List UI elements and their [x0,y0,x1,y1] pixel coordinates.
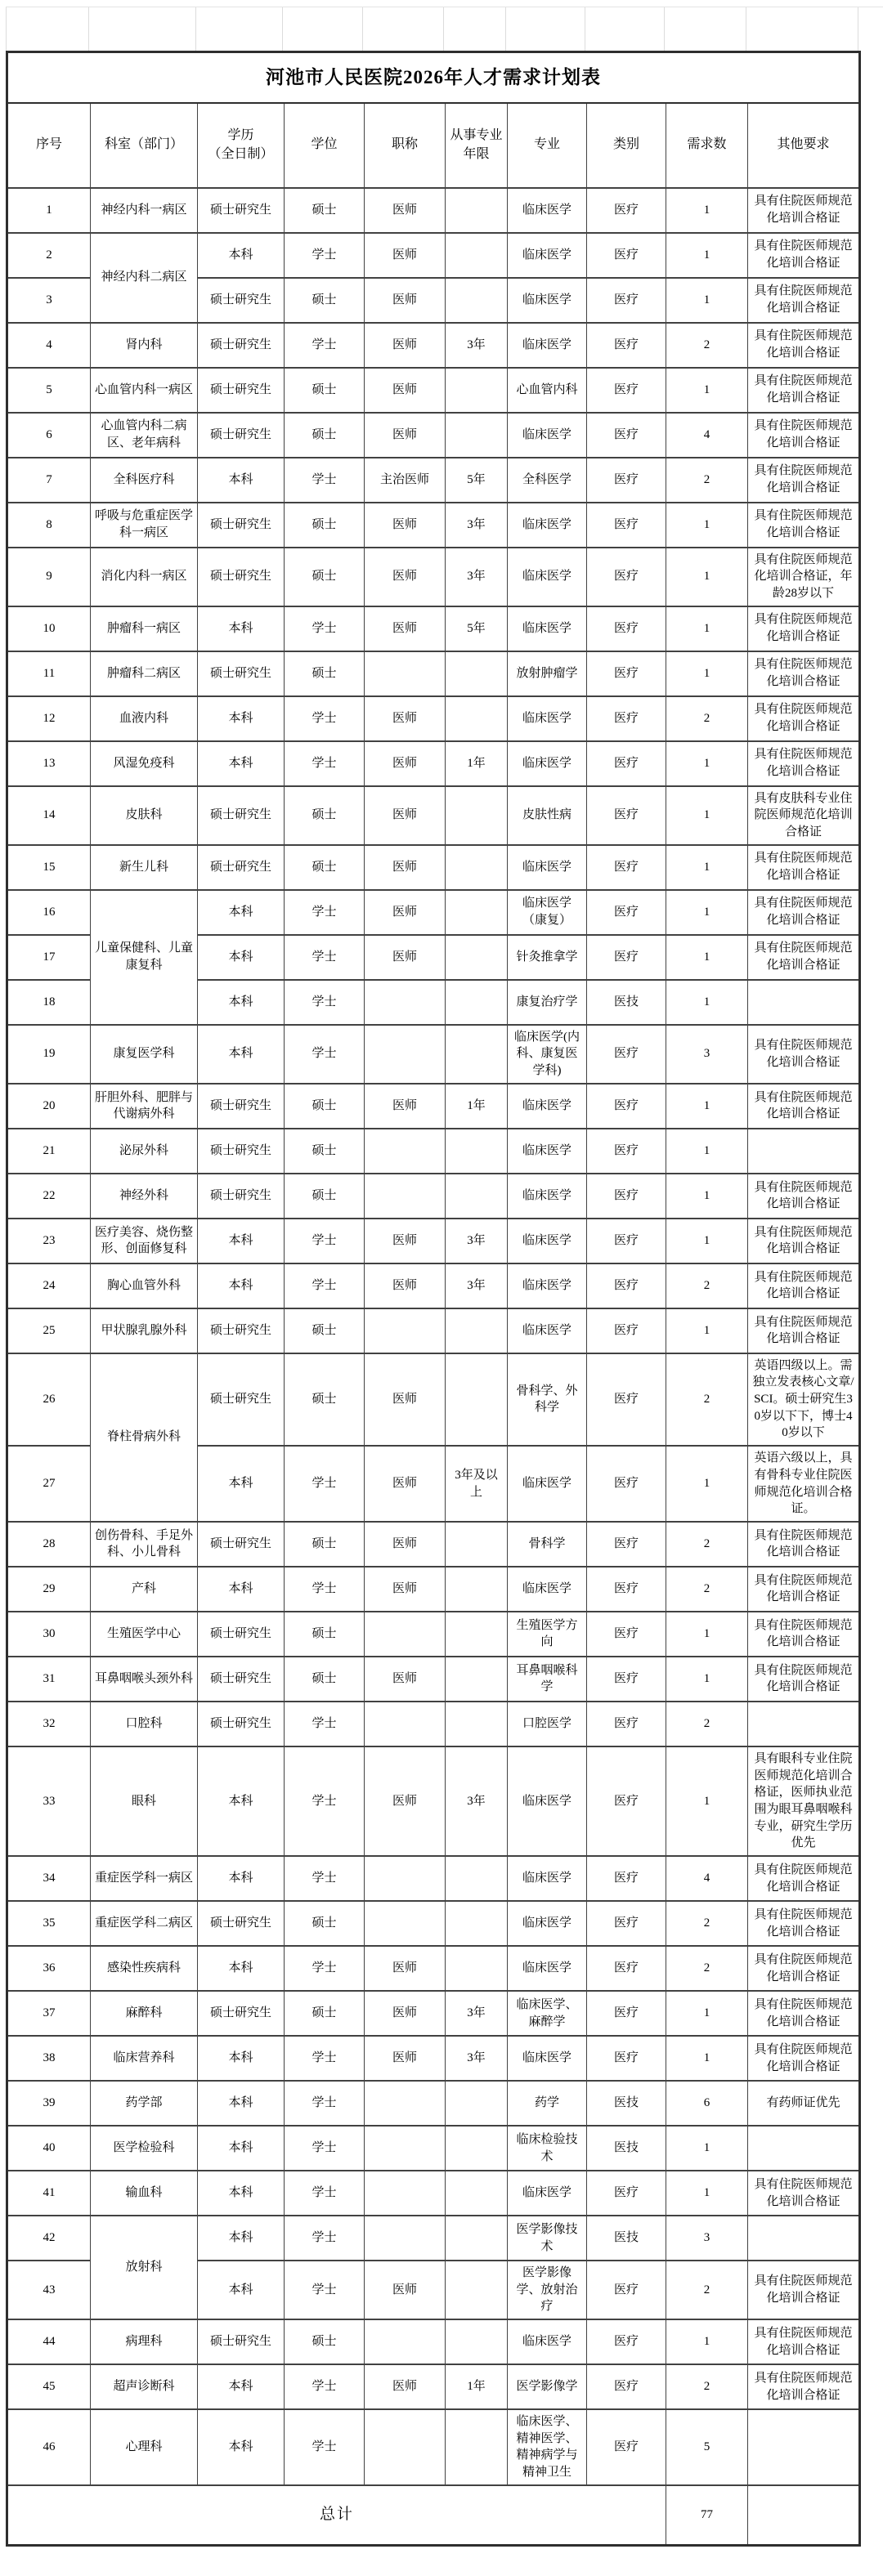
cell [446,1567,508,1612]
cell: 医师 [365,1263,446,1308]
cell: 医疗 [587,323,666,368]
cell: 临床医学 [508,2319,587,2364]
cell [365,2171,446,2216]
cell: 学士 [285,2409,365,2485]
cell: 医学影像学 [508,2364,587,2409]
cell: 3年 [446,1263,508,1308]
table-row: 41输血科本科学士临床医学医疗1具有住院医师规范化培训合格证 [7,2171,860,2216]
cell: 44 [7,2319,91,2364]
cell: 超声诊断科 [91,2364,198,2409]
cell: 临床医学 [508,1308,587,1353]
cell: 临床医学 [508,1856,587,1901]
cell: 医师 [365,1946,446,1991]
cell: 具有住院医师规范化培训合格证 [748,2319,860,2364]
table-row: 7全科医疗科本科学士主治医师5年全科医学医疗2具有住院医师规范化培训合格证 [7,458,860,503]
cell: 医技 [587,980,666,1025]
cell [365,651,446,696]
cell: 1 [666,890,748,935]
table-row: 16儿童保健科、儿童康复科本科学士医师临床医学（康复）医疗1具有住院医师规范化培… [7,890,860,935]
cell: 1 [666,2036,748,2081]
table-row: 20肝胆外科、肥胖与代谢病外科硕士研究生硕士医师1年临床医学医疗1具有住院医师规… [7,1084,860,1129]
grid-cell [746,7,858,51]
grid-cell [665,7,746,51]
cell: 本科 [198,2036,285,2081]
cell: 医师 [365,786,446,845]
cell: 具有住院医师规范化培训合格证 [748,1263,860,1308]
cell: 临床医学 [508,548,587,606]
cell [446,1856,508,1901]
table-row: 14皮肤科硕士研究生硕士医师皮肤性病医疗1具有皮肤科专业住院医师规范化培训合格证 [7,786,860,845]
cell: 36 [7,1946,91,1991]
cell: 39 [7,2081,91,2126]
cell: 学士 [285,1446,365,1522]
cell: 放射肿瘤学 [508,651,587,696]
cell: 医疗 [587,1174,666,1219]
cell: 临床医学 [508,1263,587,1308]
cell: 医疗 [587,845,666,890]
cell [446,1901,508,1946]
cell [446,935,508,980]
page-title: 河池市人民医院2026年人才需求计划表 [7,52,860,103]
cell: 本科 [198,606,285,651]
cell: 10 [7,606,91,651]
cell: 1 [666,503,748,548]
cell: 肿瘤科二病区 [91,651,198,696]
cell: 消化内科一病区 [91,548,198,606]
table-row: 40医学检验科本科学士临床检验技术医技1 [7,2126,860,2171]
cell: 硕士研究生 [198,278,285,323]
cell: 骨科学、外科学 [508,1353,587,1446]
cell: 临床医学 [508,413,587,458]
cell [446,1308,508,1353]
table-row: 13风湿免疫科本科学士医师1年临床医学医疗1具有住院医师规范化培训合格证 [7,741,860,786]
cell: 医师 [365,741,446,786]
cell: 3 [666,2216,748,2261]
cell: 放射科 [91,2216,198,2319]
cell: 皮肤科 [91,786,198,845]
table-row: 2神经内科二病区本科学士医师临床医学医疗1具有住院医师规范化培训合格证 [7,233,860,278]
column-header: 其他要求 [748,103,860,188]
cell: 医疗 [587,1522,666,1567]
cell: 学士 [285,606,365,651]
cell: 硕士 [285,1084,365,1129]
cell: 具有住院医师规范化培训合格证 [748,1567,860,1612]
cell: 1年 [446,741,508,786]
cell: 医技 [587,2126,666,2171]
column-header: 学历 （全日制） [198,103,285,188]
grid-cell [283,7,363,51]
cell: 医疗 [587,651,666,696]
cell: 1 [666,548,748,606]
table-row: 22神经外科硕士研究生硕士临床医学医疗1具有住院医师规范化培训合格证 [7,1174,860,1219]
cell: 1 [666,2171,748,2216]
cell: 硕士研究生 [198,548,285,606]
cell: 硕士 [285,1174,365,1219]
cell: 2 [666,1946,748,1991]
cell: 具有住院医师规范化培训合格证 [748,1219,860,1263]
cell: 医疗 [587,1946,666,1991]
cell: 临床医学 [508,1901,587,1946]
cell: 医师 [365,2261,446,2319]
total-label: 总计 [7,2485,666,2546]
cell: 具有住院医师规范化培训合格证 [748,503,860,548]
cell: 医技 [587,2216,666,2261]
cell: 医疗 [587,696,666,741]
cell [748,2126,860,2171]
cell [365,2126,446,2171]
cell: 临床医学 [508,323,587,368]
cell: 20 [7,1084,91,1129]
table-row: 42放射科本科学士医学影像技术医技3 [7,2216,860,2261]
cell: 学士 [285,2081,365,2126]
cell: 学士 [285,1746,365,1856]
cell: 医疗 [587,2409,666,2485]
cell: 医疗 [587,1129,666,1174]
cell: 硕士研究生 [198,1129,285,1174]
cell: 医师 [365,1991,446,2036]
cell: 医疗 [587,278,666,323]
cell: 6 [666,2081,748,2126]
cell: 医师 [365,503,446,548]
cell: 医师 [365,1084,446,1129]
cell: 医疗 [587,890,666,935]
cell: 医师 [365,1567,446,1612]
cell: 34 [7,1856,91,1901]
cell: 46 [7,2409,91,2485]
cell: 医疗 [587,2261,666,2319]
cell: 神经内科一病区 [91,188,198,233]
cell: 具有住院医师规范化培训合格证 [748,1174,860,1219]
cell: 1 [666,651,748,696]
cell: 本科 [198,741,285,786]
cell: 神经外科 [91,1174,198,1219]
cell [365,980,446,1025]
cell: 医疗 [587,2171,666,2216]
cell: 具有住院医师规范化培训合格证 [748,935,860,980]
cell: 医疗 [587,1353,666,1446]
cell: 肾内科 [91,323,198,368]
cell: 学士 [285,2364,365,2409]
cell: 学士 [285,741,365,786]
cell: 学士 [285,1946,365,1991]
cell: 具有住院医师规范化培训合格证 [748,2364,860,2409]
cell: 1 [666,1084,748,1129]
cell: 医疗 [587,1567,666,1612]
cell: 针灸推拿学 [508,935,587,980]
cell: 硕士 [285,1129,365,1174]
cell: 医师 [365,2364,446,2409]
cell [446,233,508,278]
table-row: 12血液内科本科学士医师临床医学医疗2具有住院医师规范化培训合格证 [7,696,860,741]
cell [748,1702,860,1746]
cell: 具有皮肤科专业住院医师规范化培训合格证 [748,786,860,845]
cell: 硕士研究生 [198,503,285,548]
cell: 具有住院医师规范化培训合格证，年龄28岁以下 [748,548,860,606]
table-row: 36感染性疾病科本科学士医师临床医学医疗2具有住院医师规范化培训合格证 [7,1946,860,1991]
cell: 2 [666,1567,748,1612]
table-row: 30生殖医学中心硕士研究生硕士生殖医学方向医疗1具有住院医师规范化培训合格证 [7,1612,860,1657]
cell: 新生儿科 [91,845,198,890]
cell: 临床医学 [508,503,587,548]
cell: 医师 [365,233,446,278]
cell [446,651,508,696]
column-header: 专业 [508,103,587,188]
cell: 1 [666,606,748,651]
cell: 具有住院医师规范化培训合格证 [748,1612,860,1657]
table-row: 45超声诊断科本科学士医师1年医学影像学医疗2具有住院医师规范化培训合格证 [7,2364,860,2409]
cell: 硕士 [285,548,365,606]
cell: 康复医学科 [91,1025,198,1084]
cell: 学士 [285,2126,365,2171]
cell: 医师 [365,368,446,413]
cell: 本科 [198,2364,285,2409]
grid-cell [444,7,506,51]
cell: 具有住院医师规范化培训合格证 [748,1901,860,1946]
cell: 本科 [198,2126,285,2171]
cell: 产科 [91,1567,198,1612]
cell: 3 [7,278,91,323]
cell: 具有住院医师规范化培训合格证 [748,413,860,458]
cell: 临床医学（康复） [508,890,587,935]
grid-cell [585,7,665,51]
cell: 临床医学 [508,606,587,651]
cell: 1 [666,741,748,786]
cell: 临床医学 [508,233,587,278]
cell: 医师 [365,1219,446,1263]
cell: 胸心血管外科 [91,1263,198,1308]
cell [748,980,860,1025]
table-row: 32口腔科硕士研究生学士口腔医学医疗2 [7,1702,860,1746]
cell [446,2319,508,2364]
cell: 具有住院医师规范化培训合格证 [748,606,860,651]
cell: 具有住院医师规范化培训合格证 [748,845,860,890]
cell: 33 [7,1746,91,1856]
cell: 生殖医学方向 [508,1612,587,1657]
cell [748,2409,860,2485]
cell: 3年 [446,1746,508,1856]
cell: 4 [666,1856,748,1901]
cell: 具有住院医师规范化培训合格证 [748,651,860,696]
cell: 具有住院医师规范化培训合格证 [748,1657,860,1702]
cell: 创伤骨科、手足外科、小儿骨科 [91,1522,198,1567]
cell: 硕士 [285,1522,365,1567]
cell: 具有住院医师规范化培训合格证 [748,1522,860,1567]
cell [446,1522,508,1567]
cell: 心血管内科 [508,368,587,413]
cell [446,1025,508,1084]
table-row: 15新生儿科硕士研究生硕士医师临床医学医疗1具有住院医师规范化培训合格证 [7,845,860,890]
cell: 硕士 [285,1901,365,1946]
cell [446,2409,508,2485]
cell: 40 [7,2126,91,2171]
cell: 2 [666,1702,748,1746]
cell: 硕士研究生 [198,1901,285,1946]
cell: 1 [666,1174,748,1219]
cell: 3 [666,1025,748,1084]
cell: 输血科 [91,2171,198,2216]
cell: 3年 [446,1219,508,1263]
cell: 临床医学 [508,2036,587,2081]
cell: 1 [666,1446,748,1522]
cell: 心血管内科一病区 [91,368,198,413]
cell: 神经内科二病区 [91,233,198,323]
cell: 学士 [285,323,365,368]
cell: 硕士研究生 [198,1084,285,1129]
cell: 4 [7,323,91,368]
cell: 硕士研究生 [198,323,285,368]
cell: 5年 [446,458,508,503]
cell: 麻醉科 [91,1991,198,2036]
column-header: 职称 [365,103,446,188]
cell [446,1946,508,1991]
cell: 医疗 [587,1219,666,1263]
cell: 本科 [198,2171,285,2216]
cell: 2 [666,1901,748,1946]
cell: 临床医学 [508,1174,587,1219]
cell: 医师 [365,188,446,233]
table-row: 37麻醉科硕士研究生硕士医师3年临床医学、麻醉学医疗1具有住院医师规范化培训合格… [7,1991,860,2036]
cell: 4 [666,413,748,458]
cell: 1 [666,1219,748,1263]
cell: 2 [666,1522,748,1567]
cell: 硕士研究生 [198,651,285,696]
cell: 英语四级以上。需独立发表核心文章/SCI。硕士研究生30岁以下下，博士40岁以下 [748,1353,860,1446]
cell [446,2081,508,2126]
cell: 医疗 [587,935,666,980]
cell: 医师 [365,1446,446,1522]
cell [748,1129,860,1174]
cell: 心理科 [91,2409,198,2485]
cell: 硕士研究生 [198,1353,285,1446]
cell: 3年 [446,2036,508,2081]
cell: 英语六级以上，具有骨科专业住院医师规范化培训合格证。 [748,1446,860,1522]
cell: 26 [7,1353,91,1446]
cell: 全科医学 [508,458,587,503]
cell: 2 [666,2261,748,2319]
cell: 临床营养科 [91,2036,198,2081]
cell: 临床医学 [508,1746,587,1856]
cell: 耳鼻咽喉科学 [508,1657,587,1702]
cell: 具有住院医师规范化培训合格证 [748,368,860,413]
cell: 1 [666,1129,748,1174]
cell: 硕士 [285,413,365,458]
cell: 37 [7,1991,91,2036]
cell: 具有住院医师规范化培训合格证 [748,890,860,935]
cell: 硕士研究生 [198,413,285,458]
cell [446,1702,508,1746]
cell [365,1025,446,1084]
grid-cell [89,7,196,51]
cell: 硕士研究生 [198,1991,285,2036]
cell [446,188,508,233]
grid-cell [363,7,444,51]
cell: 本科 [198,2216,285,2261]
cell: 医疗 [587,1901,666,1946]
cell: 医师 [365,845,446,890]
cell: 25 [7,1308,91,1353]
cell [446,890,508,935]
cell: 医疗 [587,1308,666,1353]
cell [446,368,508,413]
cell: 本科 [198,233,285,278]
table-row: 21泌尿外科硕士研究生硕士临床医学医疗1 [7,1129,860,1174]
cell: 临床医学 [508,188,587,233]
cell: 41 [7,2171,91,2216]
cell [446,2216,508,2261]
cell: 骨科学 [508,1522,587,1567]
cell: 1 [666,2126,748,2171]
cell: 1 [666,845,748,890]
column-header: 从事专业 年限 [446,103,508,188]
cell: 医疗 [587,413,666,458]
cell: 硕士研究生 [198,1522,285,1567]
cell: 29 [7,1567,91,1612]
header-row: 序号科室（部门）学历 （全日制）学位职称从事专业 年限专业类别需求数其他要求 [7,103,860,188]
cell: 医师 [365,890,446,935]
cell [365,2409,446,2485]
cell: 康复治疗学 [508,980,587,1025]
cell: 1 [666,233,748,278]
cell: 临床医学(内科、康复医学科) [508,1025,587,1084]
cell: 具有住院医师规范化培训合格证 [748,2036,860,2081]
cell: 16 [7,890,91,935]
cell: 具有住院医师规范化培训合格证 [748,188,860,233]
cell: 1 [666,935,748,980]
cell: 临床医学 [508,1446,587,1522]
cell: 学士 [285,890,365,935]
cell: 硕士 [285,2319,365,2364]
cell [446,845,508,890]
cell: 硕士研究生 [198,786,285,845]
cell: 31 [7,1657,91,1702]
cell: 32 [7,1702,91,1746]
cell: 肝胆外科、肥胖与代谢病外科 [91,1084,198,1129]
table-row: 19康复医学科本科学士临床医学(内科、康复医学科)医疗3具有住院医师规范化培训合… [7,1025,860,1084]
cell: 血液内科 [91,696,198,741]
cell: 眼科 [91,1746,198,1856]
cell: 5 [666,2409,748,2485]
cell: 具有住院医师规范化培训合格证 [748,1025,860,1084]
cell: 23 [7,1219,91,1263]
cell: 医疗 [587,1084,666,1129]
cell: 医师 [365,1353,446,1446]
cell: 12 [7,696,91,741]
cell [365,1856,446,1901]
cell: 5 [7,368,91,413]
cell: 硕士 [285,1612,365,1657]
cell [446,2126,508,2171]
cell: 口腔科 [91,1702,198,1746]
table-row: 28创伤骨科、手足外科、小儿骨科硕士研究生硕士医师骨科学医疗2具有住院医师规范化… [7,1522,860,1567]
table-row: 38临床营养科本科学士医师3年临床医学医疗1具有住院医师规范化培训合格证 [7,2036,860,2081]
cell: 2 [666,323,748,368]
cell: 学士 [285,1219,365,1263]
cell: 1 [666,786,748,845]
cell: 临床医学 [508,1567,587,1612]
cell: 2 [666,2364,748,2409]
cell: 感染性疾病科 [91,1946,198,1991]
cell: 临床医学 [508,1129,587,1174]
cell: 42 [7,2216,91,2261]
cell: 1 [666,1991,748,2036]
cell: 学士 [285,935,365,980]
cell: 医疗 [587,2319,666,2364]
cell [365,1901,446,1946]
cell: 本科 [198,2409,285,2485]
table-row: 10肿瘤科一病区本科学士医师5年临床医学医疗1具有住院医师规范化培训合格证 [7,606,860,651]
cell: 临床医学 [508,741,587,786]
cell: 临床医学 [508,1219,587,1263]
